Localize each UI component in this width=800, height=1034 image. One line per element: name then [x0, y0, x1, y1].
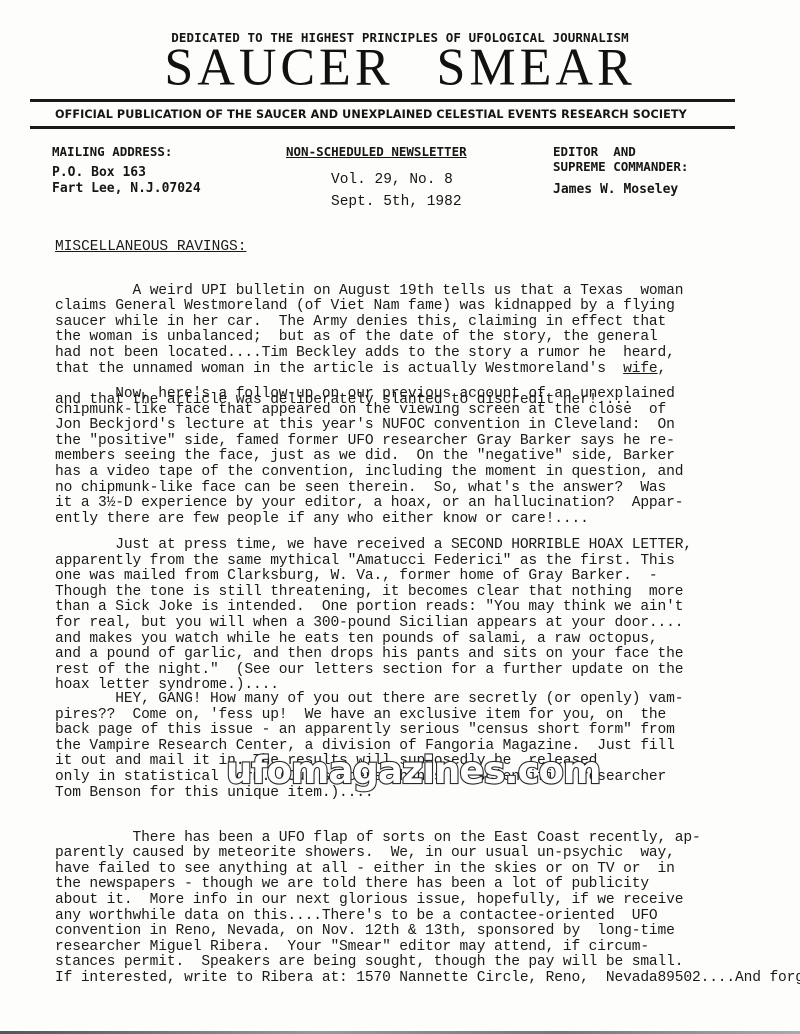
- society-line: OFFICIAL PUBLICATION OF THE SAUCER AND U…: [55, 108, 715, 121]
- watermark: ufomagazines.com: [226, 749, 600, 792]
- p1-underlined-word: wife: [623, 361, 657, 377]
- section-title: MISCELLANEOUS RAVINGS:: [55, 239, 246, 255]
- rule-bottom: [30, 126, 735, 129]
- rule-top: [30, 99, 735, 102]
- p1-line6-tail: ,: [658, 361, 667, 377]
- p5-lines: There has been a UFO flap of sorts on th…: [55, 830, 701, 986]
- mailing-address-line1: P.O. Box 163: [52, 165, 146, 180]
- editor-label-line1: EDITOR AND: [553, 144, 636, 159]
- paragraph-chipmunk-face: Now, here's a follow-up on our previous …: [55, 387, 800, 527]
- issue-volume: Vol. 29, No. 8: [331, 172, 453, 188]
- mailing-address-label: MAILING ADDRESS:: [52, 144, 172, 159]
- issue-date: Sept. 5th, 1982: [331, 194, 462, 210]
- p5-last-line-head: 89502....And forget: [658, 970, 800, 986]
- paragraph-hoax-letter: Just at press time, we have received a S…: [55, 538, 800, 694]
- p1-lines: A weird UPI bulletin on August 19th tell…: [55, 283, 683, 377]
- masthead-title: SAUCER SMEAR: [0, 37, 800, 98]
- editor-label-line2: SUPREME COMMANDER:: [553, 159, 688, 174]
- editor-name: James W. Moseley: [553, 182, 678, 197]
- mailing-address-line2: Fart Lee, N.J.07024: [52, 181, 201, 196]
- newsletter-label: NON-SCHEDULED NEWSLETTER: [286, 144, 467, 159]
- paragraph-ufo-flap: There has been a UFO flap of sorts on th…: [55, 815, 800, 987]
